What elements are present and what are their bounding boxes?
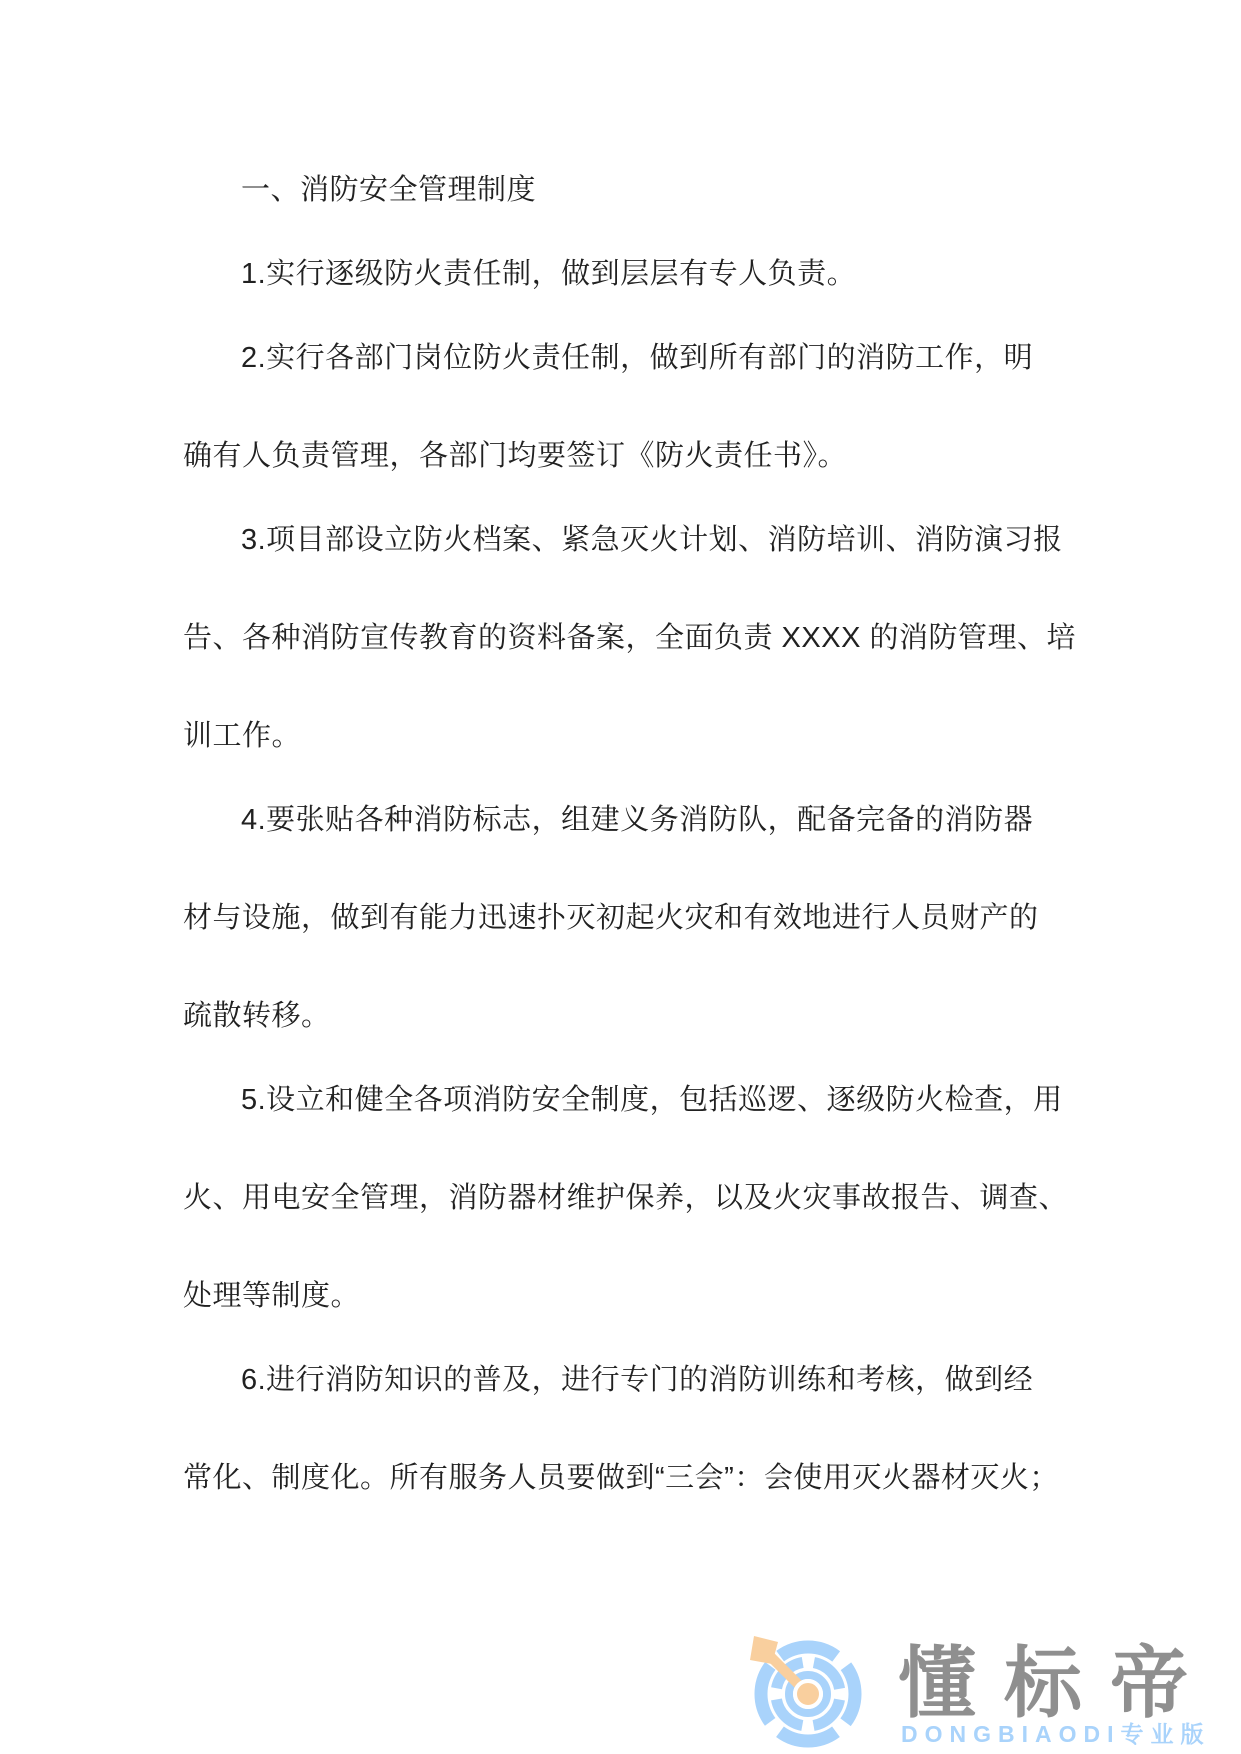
doc-paragraph-6-line-1: 6.进行消防知识的普及，进行专门的消防训练和考核，做到经	[183, 1362, 1033, 1398]
doc-heading: 一、消防安全管理制度	[183, 172, 536, 208]
doc-paragraph-4-line-3: 疏散转移。	[183, 998, 331, 1034]
doc-paragraph-4-line-1: 4.要张贴各种消防标志，组建义务消防队，配备完备的消防器	[183, 802, 1033, 838]
doc-paragraph-5-line-2: 火、用电安全管理，消防器材维护保养，以及火灾事故报告、调查、	[183, 1180, 1068, 1216]
doc-paragraph-2-line-1: 2.实行各部门岗位防火责任制，做到所有部门的消防工作，明	[183, 340, 1033, 376]
doc-paragraph-6-line-2: 常化、制度化。所有服务人员要做到“三会”：会使用灭火器材灭火；	[183, 1460, 1059, 1496]
brand-name-en: DONGBIAODI专业版	[901, 1723, 1211, 1746]
doc-paragraph-3-line-3: 训工作。	[183, 718, 301, 754]
doc-paragraph-3-line-2: 告、各种消防宣传教育的资料备案，全面负责 XXXX 的消防管理、培	[183, 620, 1076, 656]
doc-paragraph-3-line-1: 3.项目部设立防火档案、紧急灭火计划、消防培训、消防演习报	[183, 522, 1063, 558]
document-page: 一、消防安全管理制度 1.实行逐级防火责任制，做到层层有专人负责。 2.实行各部…	[0, 0, 1241, 1754]
doc-paragraph-1: 1.实行逐级防火责任制，做到层层有专人负责。	[183, 256, 856, 292]
doc-paragraph-2-line-2: 确有人负责管理，各部门均要签订《防火责任书》。	[183, 438, 847, 474]
doc-paragraph-5-line-3: 处理等制度。	[183, 1278, 360, 1314]
doc-paragraph-5-line-1: 5.设立和健全各项消防安全制度，包括巡逻、逐级防火检查，用	[183, 1082, 1063, 1118]
dartboard-target-icon	[744, 1632, 868, 1754]
brand-name-cn: 懂标帝	[898, 1644, 1216, 1722]
doc-paragraph-4-line-2: 材与设施，做到有能力迅速扑灭初起火灾和有效地进行人员财产的	[183, 900, 1039, 936]
